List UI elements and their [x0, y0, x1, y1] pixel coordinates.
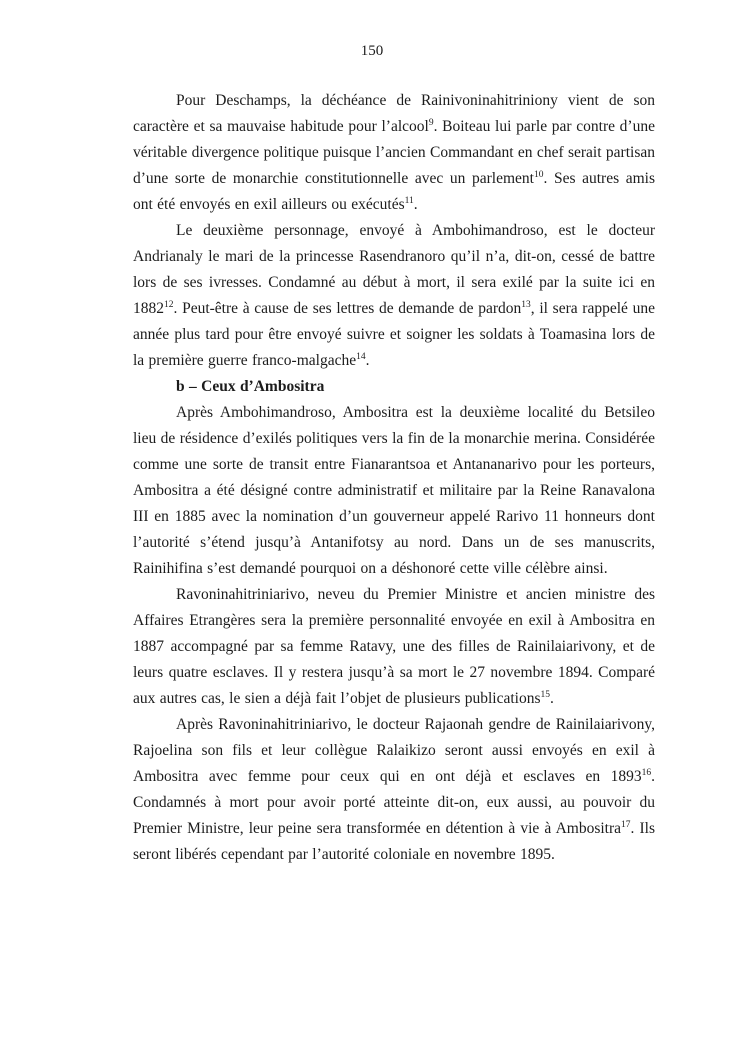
footnote-reference: 10 [534, 170, 544, 180]
page-number: 150 [0, 44, 744, 59]
footnote-reference: 14 [356, 352, 366, 362]
footnote-reference: 9 [429, 118, 434, 128]
footnote-reference: 17 [621, 820, 631, 830]
paragraph: Ravoninahitriniarivo, neveu du Premier M… [133, 582, 655, 712]
paragraph: Après Ravoninahitriniarivo, le docteur R… [133, 712, 655, 868]
footnote-reference: 15 [541, 690, 551, 700]
document-page: 150 Pour Deschamps, la déchéance de Rain… [0, 0, 744, 1053]
paragraph: Le deuxième personnage, envoyé à Ambohim… [133, 218, 655, 374]
section-heading: b – Ceux d’Ambositra [133, 374, 655, 400]
footnote-reference: 16 [642, 768, 652, 778]
paragraph: Pour Deschamps, la déchéance de Rainivon… [133, 88, 655, 218]
footnote-reference: 11 [405, 196, 414, 206]
footnote-reference: 13 [521, 300, 531, 310]
document-body: Pour Deschamps, la déchéance de Rainivon… [133, 88, 655, 868]
footnote-reference: 12 [164, 300, 174, 310]
paragraph: Après Ambohimandroso, Ambositra est la d… [133, 400, 655, 582]
